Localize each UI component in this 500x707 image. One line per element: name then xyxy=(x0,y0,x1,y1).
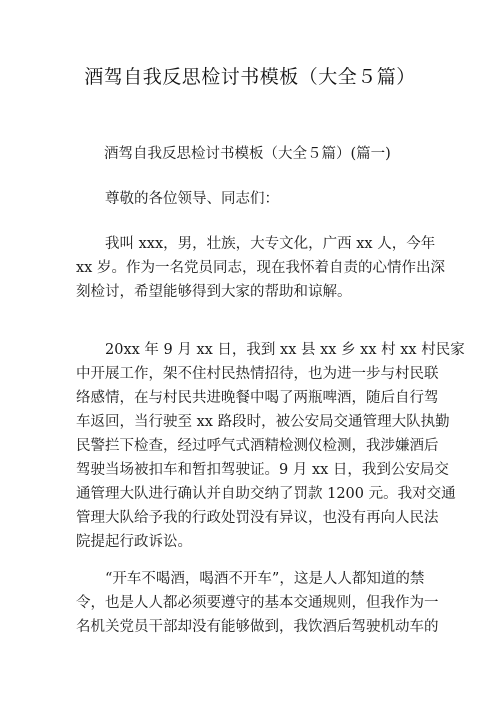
paragraph-1: 我叫 xxx，男，壮族，大专文化，广西 xx 人，今年 xx 岁。作为一名党员同… xyxy=(76,232,426,304)
paragraph-line: xx 岁。作为一名党员同志，现在我怀着自责的心情作出深 xyxy=(76,256,426,280)
paragraph-line: 车返回，当行驶至 xx 路段时，被公安局交通管理大队执勤 xyxy=(76,410,426,434)
paragraph-line: 20xx 年 9 月 xx 日，我到 xx 县 xx 乡 xx 村 xx 村民家 xyxy=(76,338,426,362)
document-title: 酒驾自我反思检讨书模板（大全５篇） xyxy=(0,62,500,89)
paragraph-line: 名机关党员干部却没有能够做到，我饮酒后驾驶机动车的 xyxy=(76,615,426,639)
paragraph-line: 刻检讨，希望能够得到大家的帮助和谅解。 xyxy=(76,280,426,304)
greeting: 尊敬的各位领导、同志们： xyxy=(105,187,455,211)
section-subtitle: 酒驾自我反思检讨书模板（大全５篇）(篇一) xyxy=(104,142,454,166)
paragraph-line: 管理大队给予我的行政处罚没有异议，也没有再向人民法 xyxy=(76,506,426,530)
paragraph-line: “开车不喝酒，喝酒不开车”，这是人人都知道的禁 xyxy=(76,567,426,591)
paragraph-line: 民警拦下检查，经过呼气式酒精检测仪检测，我涉嫌酒后 xyxy=(76,434,426,458)
paragraph-line: 通管理大队进行确认并自助交纳了罚款 1200 元。我对交通 xyxy=(76,482,426,506)
paragraph-2: 20xx 年 9 月 xx 日，我到 xx 县 xx 乡 xx 村 xx 村民家… xyxy=(76,338,426,554)
paragraph-line: 络感情，在与村民共进晚餐中喝了两瓶啤酒，随后自行驾 xyxy=(76,386,426,410)
paragraph-line: 令，也是人人都必须要遵守的基本交通规则，但我作为一 xyxy=(76,591,426,615)
paragraph-line: 院提起行政诉讼。 xyxy=(76,530,426,554)
paragraph-line: 中开展工作，架不住村民热情招待，也为进一步与村民联 xyxy=(76,362,426,386)
paragraph-3: “开车不喝酒，喝酒不开车”，这是人人都知道的禁 令，也是人人都必须要遵守的基本交… xyxy=(76,567,426,639)
paragraph-line: 我叫 xxx，男，壮族，大专文化，广西 xx 人，今年 xyxy=(76,232,426,256)
paragraph-line: 驾驶当场被扣车和暂扣驾驶证。9 月 xx 日，我到公安局交 xyxy=(76,458,426,482)
